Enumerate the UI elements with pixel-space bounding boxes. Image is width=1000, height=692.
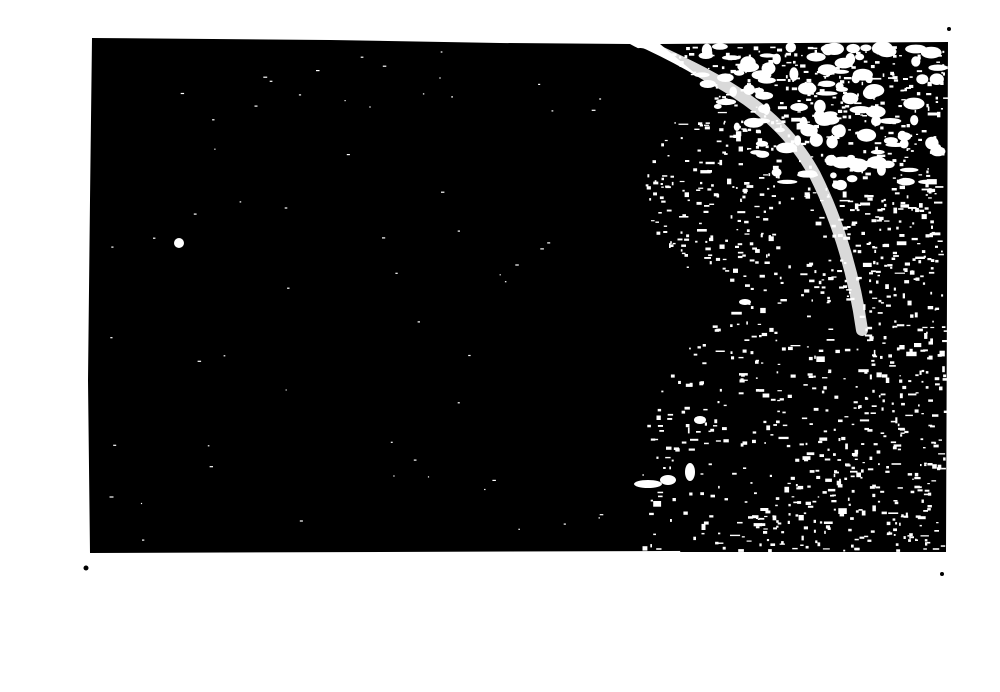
corner-dot-bottom-left xyxy=(84,566,89,571)
corner-dot-top-right xyxy=(947,27,951,31)
corner-dot-bottom-right xyxy=(940,572,944,576)
bright-spot xyxy=(174,238,184,248)
photograph xyxy=(0,0,1000,692)
